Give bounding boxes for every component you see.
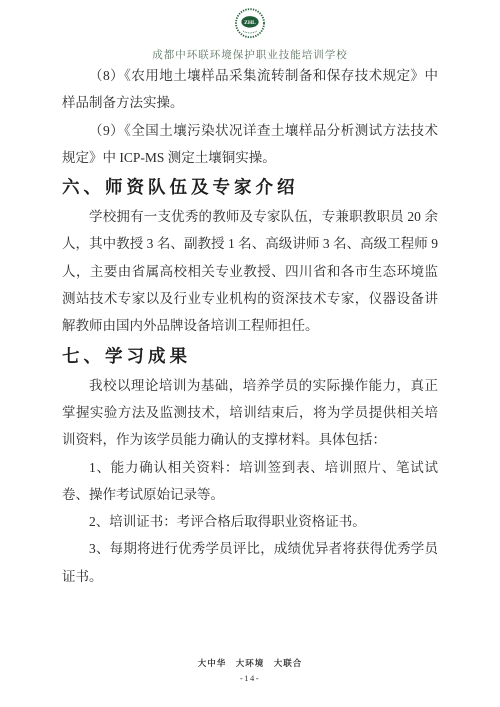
section-heading: 六、师资队伍及专家介绍 bbox=[62, 172, 438, 202]
document-page: ZHL 成都中环联环境保护职业技能培训学校 （8）《农用地土壤样品采集流转制备和… bbox=[0, 0, 500, 707]
body-paragraph: 1、能力确认相关资料：培训签到表、培训照片、笔试试卷、操作考试原始记录等。 bbox=[62, 454, 438, 509]
body-paragraph: 学校拥有一支优秀的教师及专家队伍，专兼职教职员 20 余人，其中教授 3 名、副… bbox=[62, 203, 438, 339]
school-seal-icon: ZHL bbox=[233, 7, 267, 41]
body-paragraph: 我校以理论培训为基础，培养学员的实际操作能力，真正掌握实验方法及监测技术，培训结… bbox=[62, 372, 438, 454]
body-paragraph: 2、培训证书：考评合格后取得职业资格证书。 bbox=[62, 508, 438, 535]
section-heading: 七、学习成果 bbox=[62, 341, 438, 371]
page-header: ZHL 成都中环联环境保护职业技能培训学校 bbox=[0, 7, 500, 62]
logo-monogram: ZHL bbox=[244, 20, 256, 26]
footer-motto: 大中华 大环境 大联合 bbox=[0, 657, 500, 669]
school-name: 成都中环联环境保护职业技能培训学校 bbox=[0, 47, 500, 62]
body-paragraph: 3、每期将进行优秀学员评比，成绩优异者将获得优秀学员证书。 bbox=[62, 535, 438, 590]
document-body: （8）《农用地土壤样品采集流转制备和保存技术规定》中样品制备方法实操。（9）《全… bbox=[62, 62, 438, 590]
body-paragraph: （9）《全国土壤污染状况详查土壤样品分析测试方法技术规定》中 ICP-MS 测定… bbox=[62, 117, 438, 172]
page-number: -14- bbox=[0, 673, 500, 683]
body-paragraph: （8）《农用地土壤样品采集流转制备和保存技术规定》中样品制备方法实操。 bbox=[62, 62, 438, 117]
